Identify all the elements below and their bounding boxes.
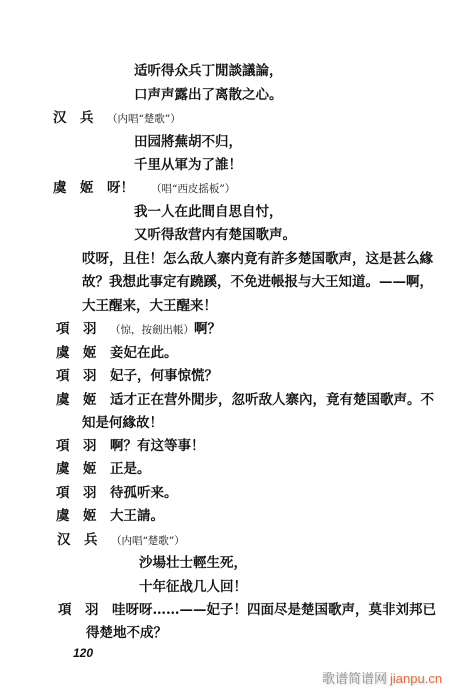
dialogue-text: 正是。 — [110, 461, 151, 477]
dialogue-text: 啊？有这等事！ — [110, 438, 205, 454]
speaker-line: 汉兵（内唱“楚歌”） — [57, 531, 185, 550]
speaker-name-char: 羽 — [83, 367, 110, 385]
speaker-name-char: 姬 — [83, 344, 110, 362]
dialogue-text: 妃子，何事惊慌？ — [110, 368, 218, 384]
lyric-line: 田园將蕪胡不归， — [134, 133, 242, 151]
speaker-line: 汉兵（内唱“楚歌”） — [53, 109, 181, 128]
dialogue-continuation: 得楚地不成？ — [86, 624, 167, 642]
speaker-name-char: 羽 — [83, 437, 110, 455]
speaker-name-char: 羽 — [85, 601, 112, 619]
speaker-name-char: 汉 — [53, 109, 80, 127]
dialogue-line: 虞姬适才正在营外閒步，忽听敌人寨內，竟有楚国歌声。不 — [56, 391, 434, 409]
dialogue-line: 項羽待孤听来。 — [56, 484, 178, 502]
speaker-name-char: 虞 — [53, 179, 80, 197]
lyric-line: 又听得敌营内有楚国歌声。 — [134, 226, 296, 244]
speaker-name-char: 項 — [56, 367, 83, 385]
speaker-name-char: 兵 — [84, 531, 111, 549]
speech-line: 大王醒来，大王醒来！ — [82, 297, 217, 315]
speaker-name-char: 羽 — [83, 484, 110, 502]
page-number: 120 — [73, 646, 93, 660]
dialogue-line: 項羽哇呀呀……——妃子！四面尽是楚国歌声，莫非刘邦已 — [58, 601, 436, 619]
dialogue-text: 啊？ — [194, 321, 221, 337]
verse-line: 口声声露出了离散之心。 — [134, 86, 283, 104]
lyric-line: 沙場壮士輕生死， — [139, 554, 247, 572]
stage-direction: （内唱“楚歌”） — [107, 113, 181, 125]
dialogue-line: 虞姬妾妃在此。 — [56, 344, 178, 362]
stage-direction: （内唱“楚歌”） — [111, 535, 185, 547]
speaker-name-char: 羽 — [83, 320, 110, 338]
speaker-name-char: 虞 — [56, 344, 83, 362]
dialogue-text: 妾妃在此。 — [110, 345, 178, 361]
dialogue-line: 項羽（惊，按劍出帳）啊？ — [56, 320, 221, 339]
watermark-url: jianpu.cn — [390, 671, 442, 686]
watermark: 歌谱简谱网jianpu.cn — [322, 668, 442, 687]
dialogue-text: 大王請。 — [110, 508, 164, 524]
speaker-name-char: 姬 — [83, 460, 110, 478]
speaker-name-char: 汉 — [57, 531, 84, 549]
lyric-line: 十年征战几人回！ — [139, 578, 247, 596]
speaker-name-char: 兵 — [80, 109, 107, 127]
speaker-name-char: 項 — [56, 437, 83, 455]
speaker-line: 虞姬呀！（唱“西皮摇板”） — [53, 179, 235, 198]
speech-line: 哎呀，且住！怎么敌人寨内竟有許多楚国歌声，这是甚么緣 — [82, 250, 433, 268]
stage-direction: （惊，按劍出帳） — [110, 324, 194, 336]
dialogue-continuation: 知是何緣故！ — [82, 414, 163, 432]
speaker-name-char: 姬 — [80, 179, 107, 197]
speaker-name-char: 虞 — [56, 507, 83, 525]
dialogue-line: 虞姬大王請。 — [56, 507, 164, 525]
lyric-line: 千里从軍为了誰！ — [134, 156, 242, 174]
speaker-name-char: 虞 — [56, 391, 83, 409]
speaker-name-char: 姬 — [83, 507, 110, 525]
verse-line: 适听得众兵丁閒談議論， — [134, 62, 283, 80]
stage-direction: （唱“西皮摇板”） — [151, 183, 235, 195]
dialogue-line: 項羽妃子，何事惊慌？ — [56, 367, 218, 385]
speech-line: 故？我想此事定有蹺蹊，不免进帳报与大王知道。——啊， — [82, 273, 433, 291]
dialogue-text: 待孤听来。 — [110, 485, 178, 501]
dialogue-line: 項羽啊？有这等事！ — [56, 437, 205, 455]
speaker-name-char: 項 — [56, 484, 83, 502]
speaker-name-char: 虞 — [56, 460, 83, 478]
dialogue-line: 虞姬正是。 — [56, 460, 151, 478]
speaker-name-char: 項 — [56, 320, 83, 338]
speaker-name-char: 項 — [58, 601, 85, 619]
dialogue-text: 哇呀呀……——妃子！四面尽是楚国歌声，莫非刘邦已 — [112, 602, 436, 618]
lyric-line: 我一人在此間自思自忖， — [134, 203, 283, 221]
exclamation: 呀！ — [107, 179, 151, 197]
dialogue-text: 适才正在营外閒步，忽听敌人寨內，竟有楚国歌声。不 — [110, 392, 434, 408]
speaker-name-char: 姬 — [83, 391, 110, 409]
watermark-site-name: 歌谱简谱网 — [322, 672, 387, 687]
